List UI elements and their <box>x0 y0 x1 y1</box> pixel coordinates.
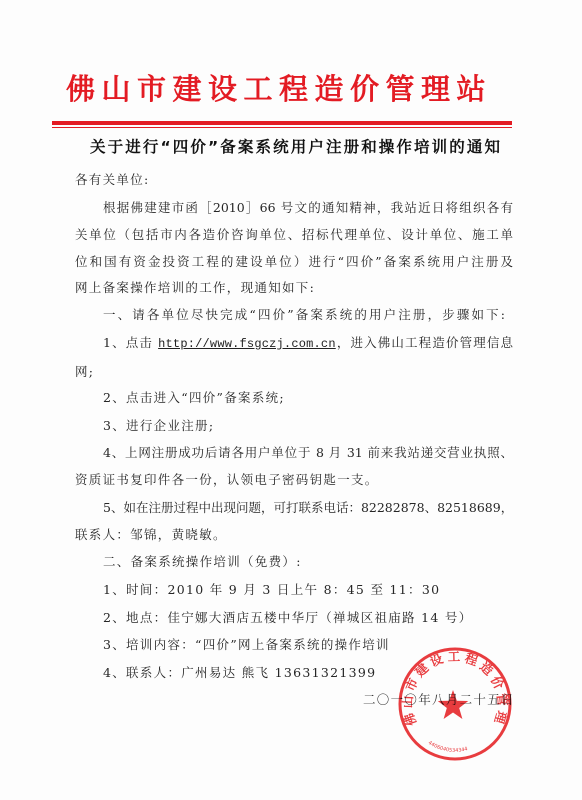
body-line: 位和国有资金投资工程的建设单位）进行“四价”备案系统用户注册及 <box>75 254 513 270</box>
body-line: 根据佛建建市函［2010］66 号文的通知精神，我站近日将组织各有 <box>103 200 513 216</box>
step-3-line: 3、进行企业注册; <box>103 418 214 434</box>
website-link[interactable]: http://www.fsgczj.com.cn <box>158 337 336 351</box>
body-line: 资质证书复印件各一份，认领电子密码钥匙一支。 <box>75 472 379 488</box>
step-2-line: 2、点击进入“四价”备案系统; <box>103 390 285 406</box>
contact-persons-line: 联系人：邹锦，黄晓敏。 <box>75 527 227 543</box>
scanned-notice-page: 佛山市建设工程造价管理站 关于进行“四价”备案系统用户注册和操作培训的通知 各有… <box>0 0 582 800</box>
training-contact-line: 4、联系人：广州易达 熊飞 13631321399 <box>103 665 376 681</box>
star-icon <box>438 690 468 719</box>
step-5-line: 5、如在注册过程中出现问题，可打联系电话：82282878、82518689， <box>103 500 512 516</box>
body-line: 网上备案操作培训的工作，现通知如下: <box>75 280 315 296</box>
seal-text: 佛山市建设工程造价管理站 <box>397 646 510 729</box>
step-1-suffix: ，进入佛山工程造价管理信息 <box>336 335 513 350</box>
body-line: 关单位（包括市内各造价咨询单位、招标代理单位、设计单位、施工单 <box>75 227 513 243</box>
training-location-line: 2、地点：佳宁娜大酒店五楼中华厅（禅城区祖庙路 14 号） <box>103 610 473 626</box>
letterhead-rule-thin <box>52 127 512 128</box>
letterhead-org-name: 佛山市建设工程造价管理站 <box>66 72 492 106</box>
step-4-line: 4、上网注册成功后请各用户单位于 8 月 31 前来我站递交营业执照、 <box>103 445 513 461</box>
section-heading-training: 二、备案系统操作培训（免费）: <box>103 554 302 570</box>
seal-number: 4406040534344 <box>427 740 468 754</box>
training-time-line: 1、时间：2010 年 9 月 3 日上午 8：45 至 11：30 <box>103 582 440 598</box>
body-line: 网; <box>75 364 94 380</box>
training-content-line: 3、培训内容：“四价”网上备案系统的操作培训 <box>103 637 390 653</box>
notice-title: 关于进行“四价”备案系统用户注册和操作培训的通知 <box>90 138 500 156</box>
step-1-prefix: 1、点击 <box>103 335 158 350</box>
official-seal-icon: 佛山市建设工程造价管理站 4406040534344 <box>397 646 513 762</box>
salutation: 各有关单位: <box>75 172 150 188</box>
letterhead-rule-thick <box>52 121 512 125</box>
section-heading-registration: 一、请各单位尽快完成“四价”备案系统的用户注册，步骤如下: <box>103 307 505 323</box>
step-1-line: 1、点击 http://www.fsgczj.com.cn，进入佛山工程造价管理… <box>103 335 513 352</box>
